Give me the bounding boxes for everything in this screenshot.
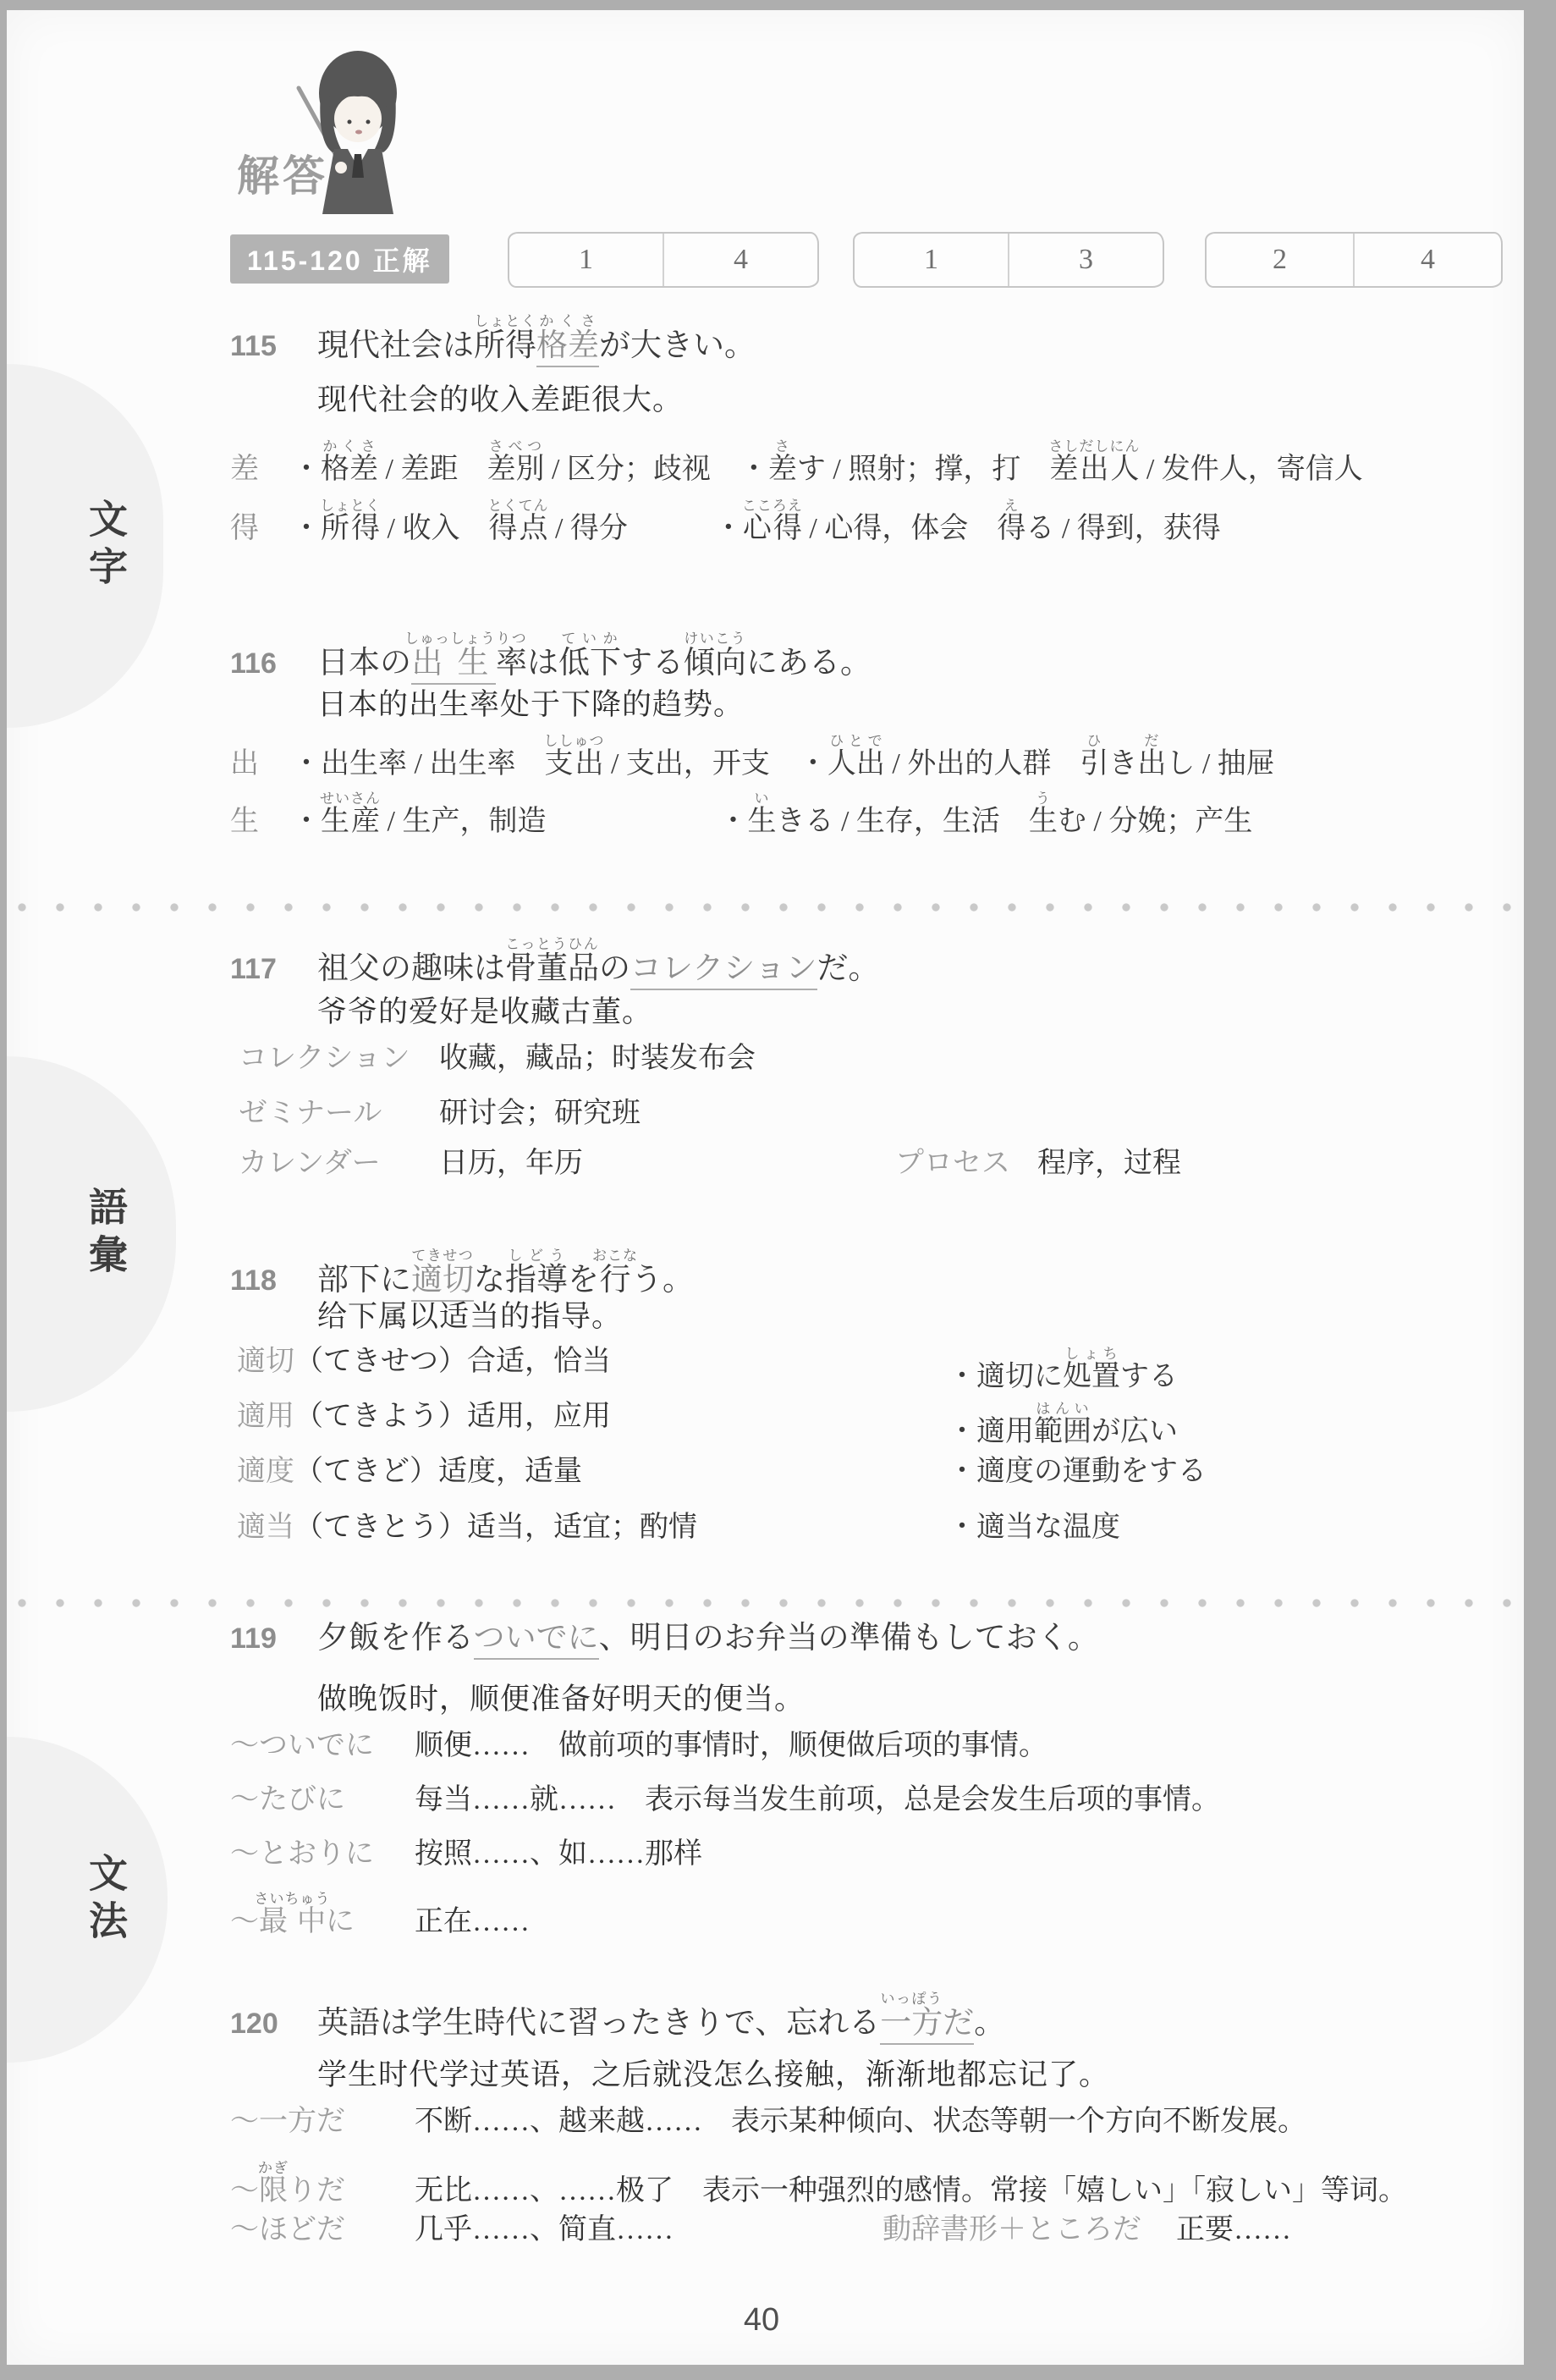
kanji-row-toku: 得・所得しょとく / 收入 得点とくてん / 得分 ・心得こころえ / 心得，体…: [230, 498, 1221, 544]
grammar-row-toorini: 〜とおりに按照……、如……那样: [230, 1838, 702, 1870]
question-119-translation: 做晚饭时，顺便准备好明天的便当。: [317, 1676, 805, 1718]
kanji-row-sei: 生・生産せいさん / 生产，制造 ・生いきる / 生存，生活 生うむ / 分娩；…: [230, 791, 1252, 837]
sidebar-tab-goi-label: 語彙: [78, 1187, 134, 1281]
vocab-term: プロセス: [895, 1148, 1037, 1179]
grammar-pattern: 〜ほどだ: [230, 2214, 415, 2245]
grammar-pattern: 〜とおりに: [230, 1838, 415, 1870]
grammar-row-tokoroda: 動辞書形＋ところだ正要……: [882, 2214, 1291, 2245]
grammar-row-hododa: 〜ほどだ几乎……、简直…… 動辞書形＋ところだ正要……: [230, 2214, 674, 2245]
vocab-row-seminar: ゼミナール研讨会；研究班: [239, 1098, 641, 1129]
grammar-row-tsuideni: 〜ついでに顺便…… 做前项的事情时，顺便做后项的事情。: [230, 1730, 1047, 1761]
grammar-meaning: 无比……、……极了 表示一种强烈的感情。常接「嬉しい」「寂しい」等词。: [415, 2175, 1407, 2206]
question-115-number: 115: [230, 331, 317, 362]
question-118-translation: 给下属以适当的指导。: [317, 1293, 622, 1336]
question-116-number: 116: [230, 648, 317, 680]
grammar-pattern: 〜たびに: [230, 1784, 415, 1815]
kanji-row-content: ・生産せいさん / 生产，制造 ・生いきる / 生存，生活 生うむ / 分娩；产…: [292, 806, 1252, 837]
vocab-row-calendar: カレンダー日历，年历 プロセス程序，过程: [239, 1148, 583, 1179]
question-115-translation: 现代社会的收入差距很大。: [317, 377, 683, 419]
answer-value: 4: [1353, 234, 1501, 286]
vocab-def: 程序，过程: [1037, 1148, 1181, 1179]
grammar-meaning: 正要……: [1176, 2214, 1291, 2245]
grammar-row-saichuuni: 〜最中さいちゅうに正在……: [230, 1891, 530, 1937]
question-115-text: 現代社会は所得しょとく格差かくさが大きい。: [317, 328, 756, 367]
grammar-pattern: 〜ついでに: [230, 1730, 415, 1761]
question-120-sentence: 120英語は学生時代に習ったきりで、忘れる一方いっぽうだ。: [230, 1991, 1005, 2041]
vocab-term: 適用: [237, 1401, 294, 1432]
vocab-row-tekitou: 適当（てきとう）适当，适宜；酌情 ・適当な温度: [237, 1512, 697, 1543]
page-number: 40: [0, 2302, 1523, 2339]
kanji-head: 出: [230, 748, 292, 780]
question-120-text: 英語は学生時代に習ったきりで、忘れる一方いっぽうだ。: [317, 2006, 1005, 2045]
vocab-row-tekisetsu: 適切（てきせつ）合适，恰当 ・適切に処置しょちする: [237, 1346, 611, 1377]
answer-value: 4: [663, 234, 817, 286]
vocab-term: 適度: [237, 1456, 294, 1487]
vocab-term: 適切: [237, 1346, 294, 1377]
kanji-row-sa: 差・格差かくさ / 差距 差別さべつ / 区分；歧视 ・差さす / 照射；撑，打…: [230, 438, 1363, 485]
grammar-row-ippouda: 〜一方だ不断……、越来越…… 表示某种倾向、状态等朝一个方向不断发展。: [230, 2106, 1306, 2137]
vocab-example: ・適用範囲はんいが広い: [948, 1401, 1178, 1447]
kanji-row-content: ・格差かくさ / 差距 差別さべつ / 区分；歧视 ・差さす / 照射；撑，打 …: [292, 454, 1363, 485]
vocab-row-collection: コレクション收藏，藏品；时装发布会: [239, 1043, 756, 1074]
question-120-translation: 学生时代学过英语，之后就没怎么接触，渐渐地都忘记了。: [317, 2052, 1109, 2094]
kanji-row-content: ・出生率 / 出生率 支出ししゅつ / 支出，开支 ・人出ひとで / 外出的人群…: [292, 748, 1275, 780]
sidebar-tab-bunpo-label: 文法: [78, 1853, 134, 1948]
answer-value: 1: [855, 234, 1008, 286]
dotted-divider-1: [17, 902, 1531, 912]
vocab-reading-def: （てきとう）适当，适宜；酌情: [294, 1512, 697, 1543]
kanji-row-content: ・所得しょとく / 收入 得点とくてん / 得分 ・心得こころえ / 心得，体会…: [292, 513, 1221, 544]
grammar-meaning: 顺便…… 做前项的事情时，顺便做后项的事情。: [415, 1730, 1047, 1761]
answer-key-badge: 115-120 正解: [230, 234, 449, 284]
answer-value: 3: [1008, 234, 1163, 286]
vocab-reading-def: （てきよう）适用，应用: [294, 1401, 611, 1432]
vocab-def: 收藏，藏品；时装发布会: [439, 1043, 756, 1074]
vocab-example: ・適切に処置しょちする: [948, 1346, 1178, 1392]
answer-box-2: 1 3: [853, 232, 1164, 288]
question-115-sentence: 115現代社会は所得しょとく格差かくさが大きい。: [230, 313, 756, 364]
kanji-row-shutsu: 出・出生率 / 出生率 支出ししゅつ / 支出，开支 ・人出ひとで / 外出的人…: [230, 733, 1275, 780]
sidebar-tab-moji-label: 文字: [78, 499, 134, 593]
question-120-number: 120: [230, 2008, 317, 2040]
vocab-example: ・適度の運動をする: [948, 1456, 1207, 1487]
vocab-def: 日历，年历: [439, 1148, 583, 1179]
vocab-reading-def: （てきせつ）合适，恰当: [294, 1346, 611, 1377]
grammar-pattern: 〜限かぎりだ: [230, 2160, 415, 2206]
question-117-text: 祖父の趣味は骨董品こっとうひんのコレクションだ。: [317, 951, 880, 990]
grammar-row-tabini: 〜たびに每当……就…… 表示每当发生前项，总是会发生后项的事情。: [230, 1784, 1220, 1815]
question-119-number: 119: [230, 1623, 317, 1655]
grammar-row-kagirida: 〜限かぎりだ无比……、……极了 表示一种强烈的感情。常接「嬉しい」「寂しい」等词…: [230, 2160, 1407, 2206]
vocab-term: 適当: [237, 1512, 294, 1543]
question-119-sentence: 119夕飯を作るついでに、明日のお弁当の準備もしておく。: [230, 1622, 1099, 1656]
kanji-head: 生: [230, 806, 292, 837]
vocab-example: ・適当な温度: [948, 1512, 1120, 1543]
vocab-term: カレンダー: [239, 1148, 439, 1179]
grammar-meaning: 按照……、如……那样: [415, 1838, 702, 1870]
answer-value: 2: [1207, 234, 1353, 286]
kanji-head: 得: [230, 513, 292, 544]
grammar-pattern: 動辞書形＋ところだ: [882, 2214, 1176, 2245]
vocab-term: ゼミナール: [239, 1098, 439, 1129]
question-117-translation: 爷爷的爱好是收藏古董。: [317, 989, 652, 1031]
question-117-number: 117: [230, 954, 317, 985]
question-117-sentence: 117祖父の趣味は骨董品こっとうひんのコレクションだ。: [230, 936, 880, 987]
grammar-meaning: 正在……: [415, 1906, 530, 1937]
grammar-meaning: 每当……就…… 表示每当发生前项，总是会发生后项的事情。: [415, 1784, 1220, 1815]
vocab-row-process: プロセス程序，过程: [895, 1148, 1181, 1179]
answer-value: 1: [509, 234, 663, 286]
vocab-reading-def: （てきど）适度，适量: [294, 1456, 582, 1487]
answer-box-1: 1 4: [508, 232, 819, 288]
grammar-meaning: 几乎……、简直……: [415, 2214, 674, 2245]
vocab-row-tekido: 適度（てきど）适度，适量 ・適度の運動をする: [237, 1456, 582, 1487]
grammar-meaning: 不断……、越来越…… 表示某种倾向、状态等朝一个方向不断发展。: [415, 2106, 1306, 2137]
kanji-head: 差: [230, 454, 292, 485]
answer-box-3: 2 4: [1205, 232, 1503, 288]
question-116-sentence: 116日本の出生しゅっしょう率りつは低下ていかする傾向けいこうにある。: [230, 631, 871, 681]
vocab-row-tekiyou: 適用（てきよう）适用，应用 ・適用範囲はんいが広い: [237, 1401, 611, 1432]
question-116-text: 日本の出生しゅっしょう率りつは低下ていかする傾向けいこうにある。: [317, 646, 871, 685]
dotted-divider-2: [17, 1598, 1531, 1608]
grammar-pattern: 〜一方だ: [230, 2106, 415, 2137]
question-119-text: 夕飯を作るついでに、明日のお弁当の準備もしておく。: [317, 1621, 1099, 1660]
question-118-number: 118: [230, 1265, 317, 1297]
question-118-sentence: 118部下に適切てきせつな指導しどうを行おこなう。: [230, 1248, 694, 1298]
question-116-translation: 日本的出生率处于下降的趋势。: [317, 681, 744, 724]
grammar-pattern: 〜最中さいちゅうに: [230, 1891, 415, 1937]
vocab-term: コレクション: [239, 1043, 439, 1074]
answers-heading: 解答: [237, 142, 328, 203]
vocab-def: 研讨会；研究班: [439, 1098, 641, 1129]
